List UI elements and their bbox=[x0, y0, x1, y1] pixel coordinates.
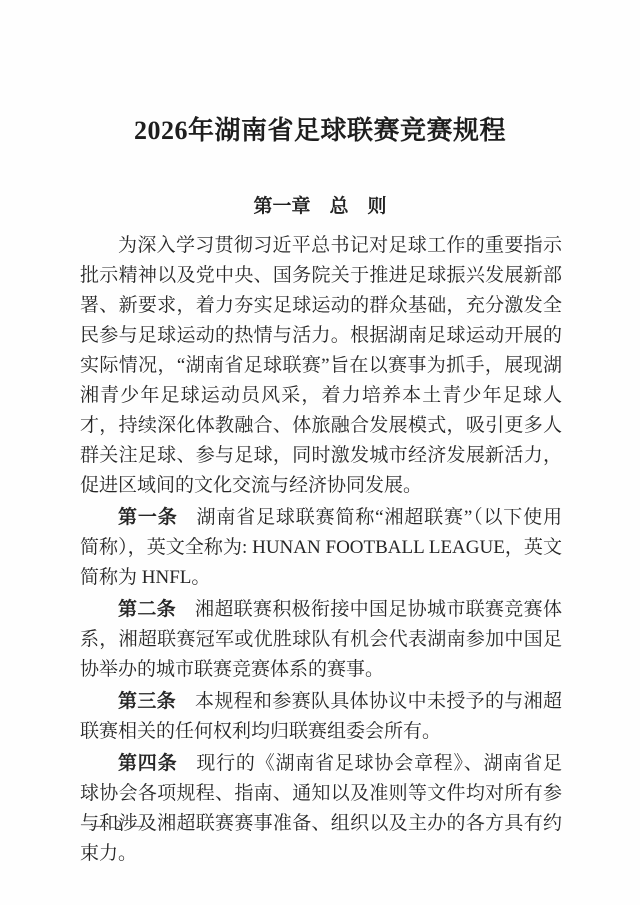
paragraph: 第二条湘超联赛积极衔接中国足协城市联赛竞赛体系，湘超联赛冠军或优胜球队有机会代表… bbox=[80, 595, 562, 685]
page-number: — 2 — bbox=[92, 818, 147, 835]
paragraph: 第一条湖南省足球联赛简称“湘超联赛”（以下使用简称），英文全称为: HUNAN … bbox=[80, 503, 562, 593]
article-number: 第一条 bbox=[118, 507, 178, 528]
document-body: 为深入学习贯彻习近平总书记对足球工作的重要指示批示精神以及党中央、国务院关于推进… bbox=[80, 231, 562, 869]
page-title: 2026年湖南省足球联赛竞赛规程 bbox=[0, 0, 640, 147]
paragraph: 为深入学习贯彻习近平总书记对足球工作的重要指示批示精神以及党中央、国务院关于推进… bbox=[80, 231, 562, 501]
paragraph: 第四条现行的《湖南省足球协会章程》、湖南省足球协会各项规程、指南、通知以及准则等… bbox=[80, 749, 562, 869]
article-number: 第三条 bbox=[118, 691, 176, 712]
paragraph: 第三条本规程和参赛队具体协议中未授予的与湘超联赛相关的任何权利均归联赛组委会所有… bbox=[80, 687, 562, 747]
chapter-heading: 第一章 总 则 bbox=[0, 191, 640, 218]
article-number: 第四条 bbox=[118, 753, 177, 774]
article-number: 第二条 bbox=[118, 599, 176, 620]
document-page: 2026年湖南省足球联赛竞赛规程 第一章 总 则 为深入学习贯彻习近平总书记对足… bbox=[0, 0, 640, 905]
